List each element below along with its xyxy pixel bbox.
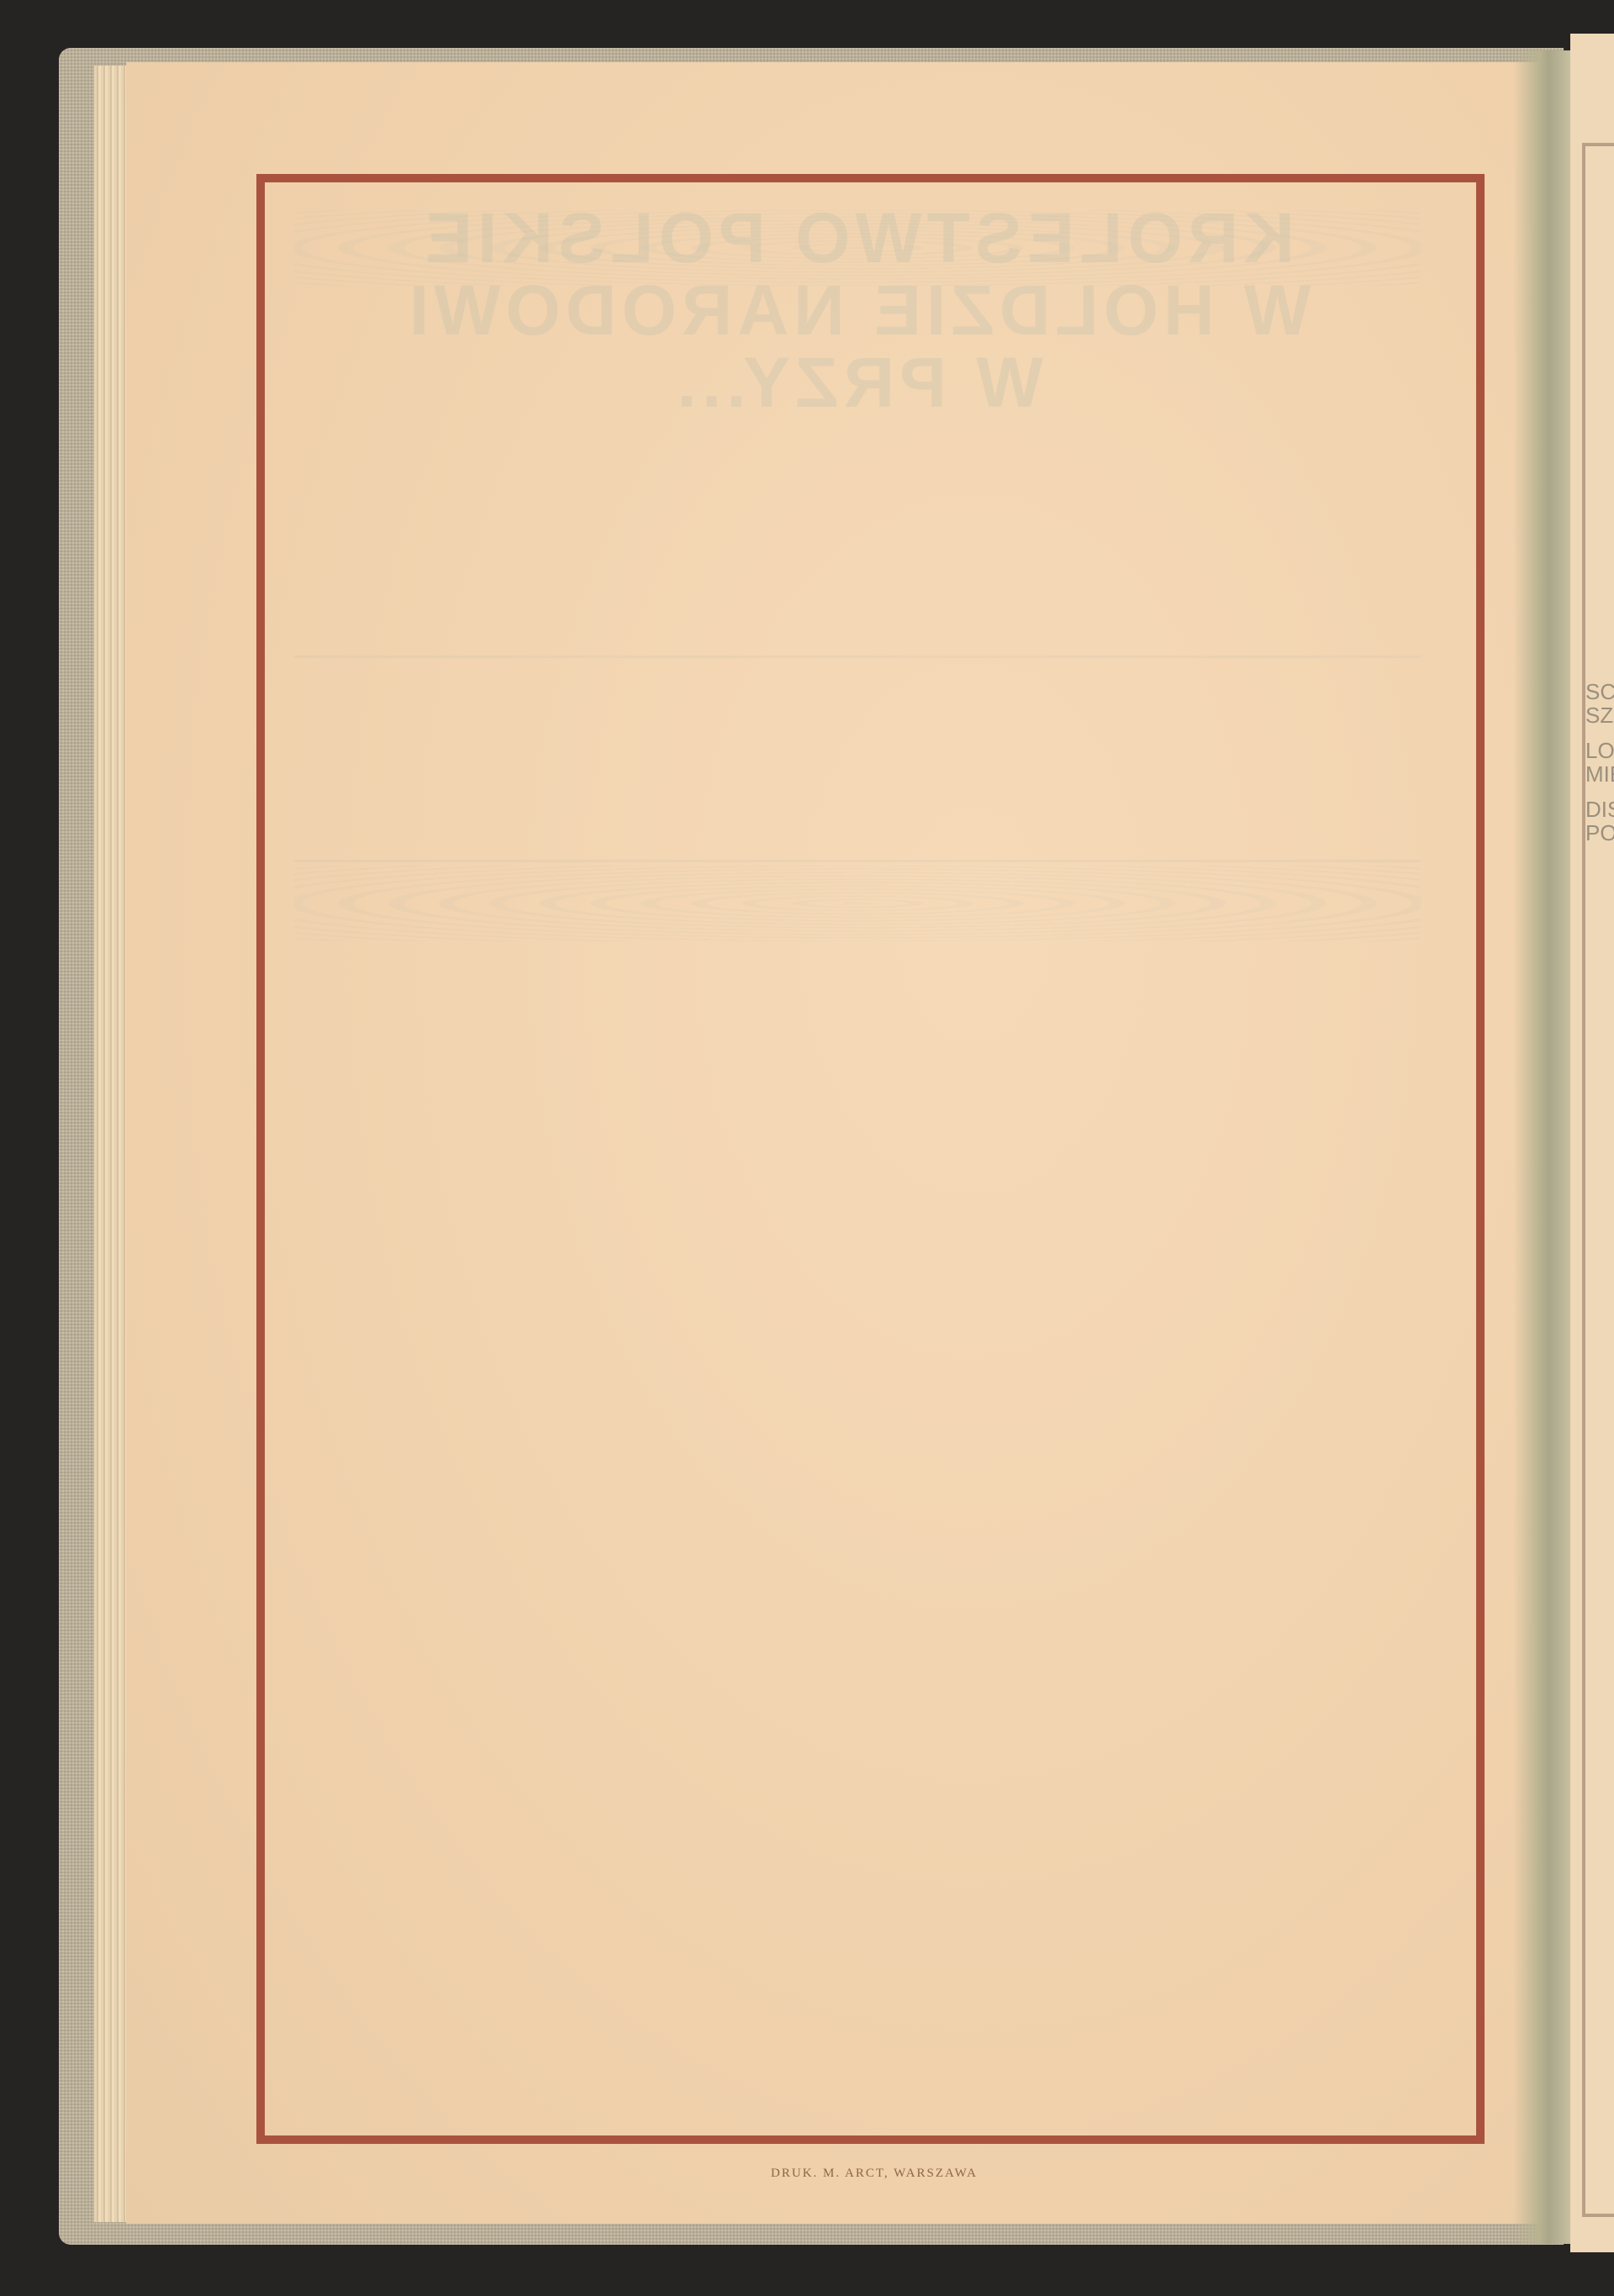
book-gutter [1513, 50, 1572, 2244]
adjacent-page: SCHO SZKO LOG MIE DIST POW [1570, 34, 1614, 2252]
adjacent-fragment: POW [1585, 822, 1614, 844]
adjacent-fragment: LOG [1585, 740, 1614, 761]
adjacent-fragment: DIST [1585, 798, 1614, 820]
adjacent-fragment: MIE [1585, 763, 1614, 785]
page-border-rule [256, 174, 1485, 2144]
adjacent-fragment: SCHO [1585, 681, 1614, 703]
printer-imprint: DRUK. M. ARCT, WARSZAWA [0, 2167, 1614, 2181]
adjacent-page-frame [1582, 143, 1614, 2217]
adjacent-fragment: SZKO [1585, 704, 1614, 726]
